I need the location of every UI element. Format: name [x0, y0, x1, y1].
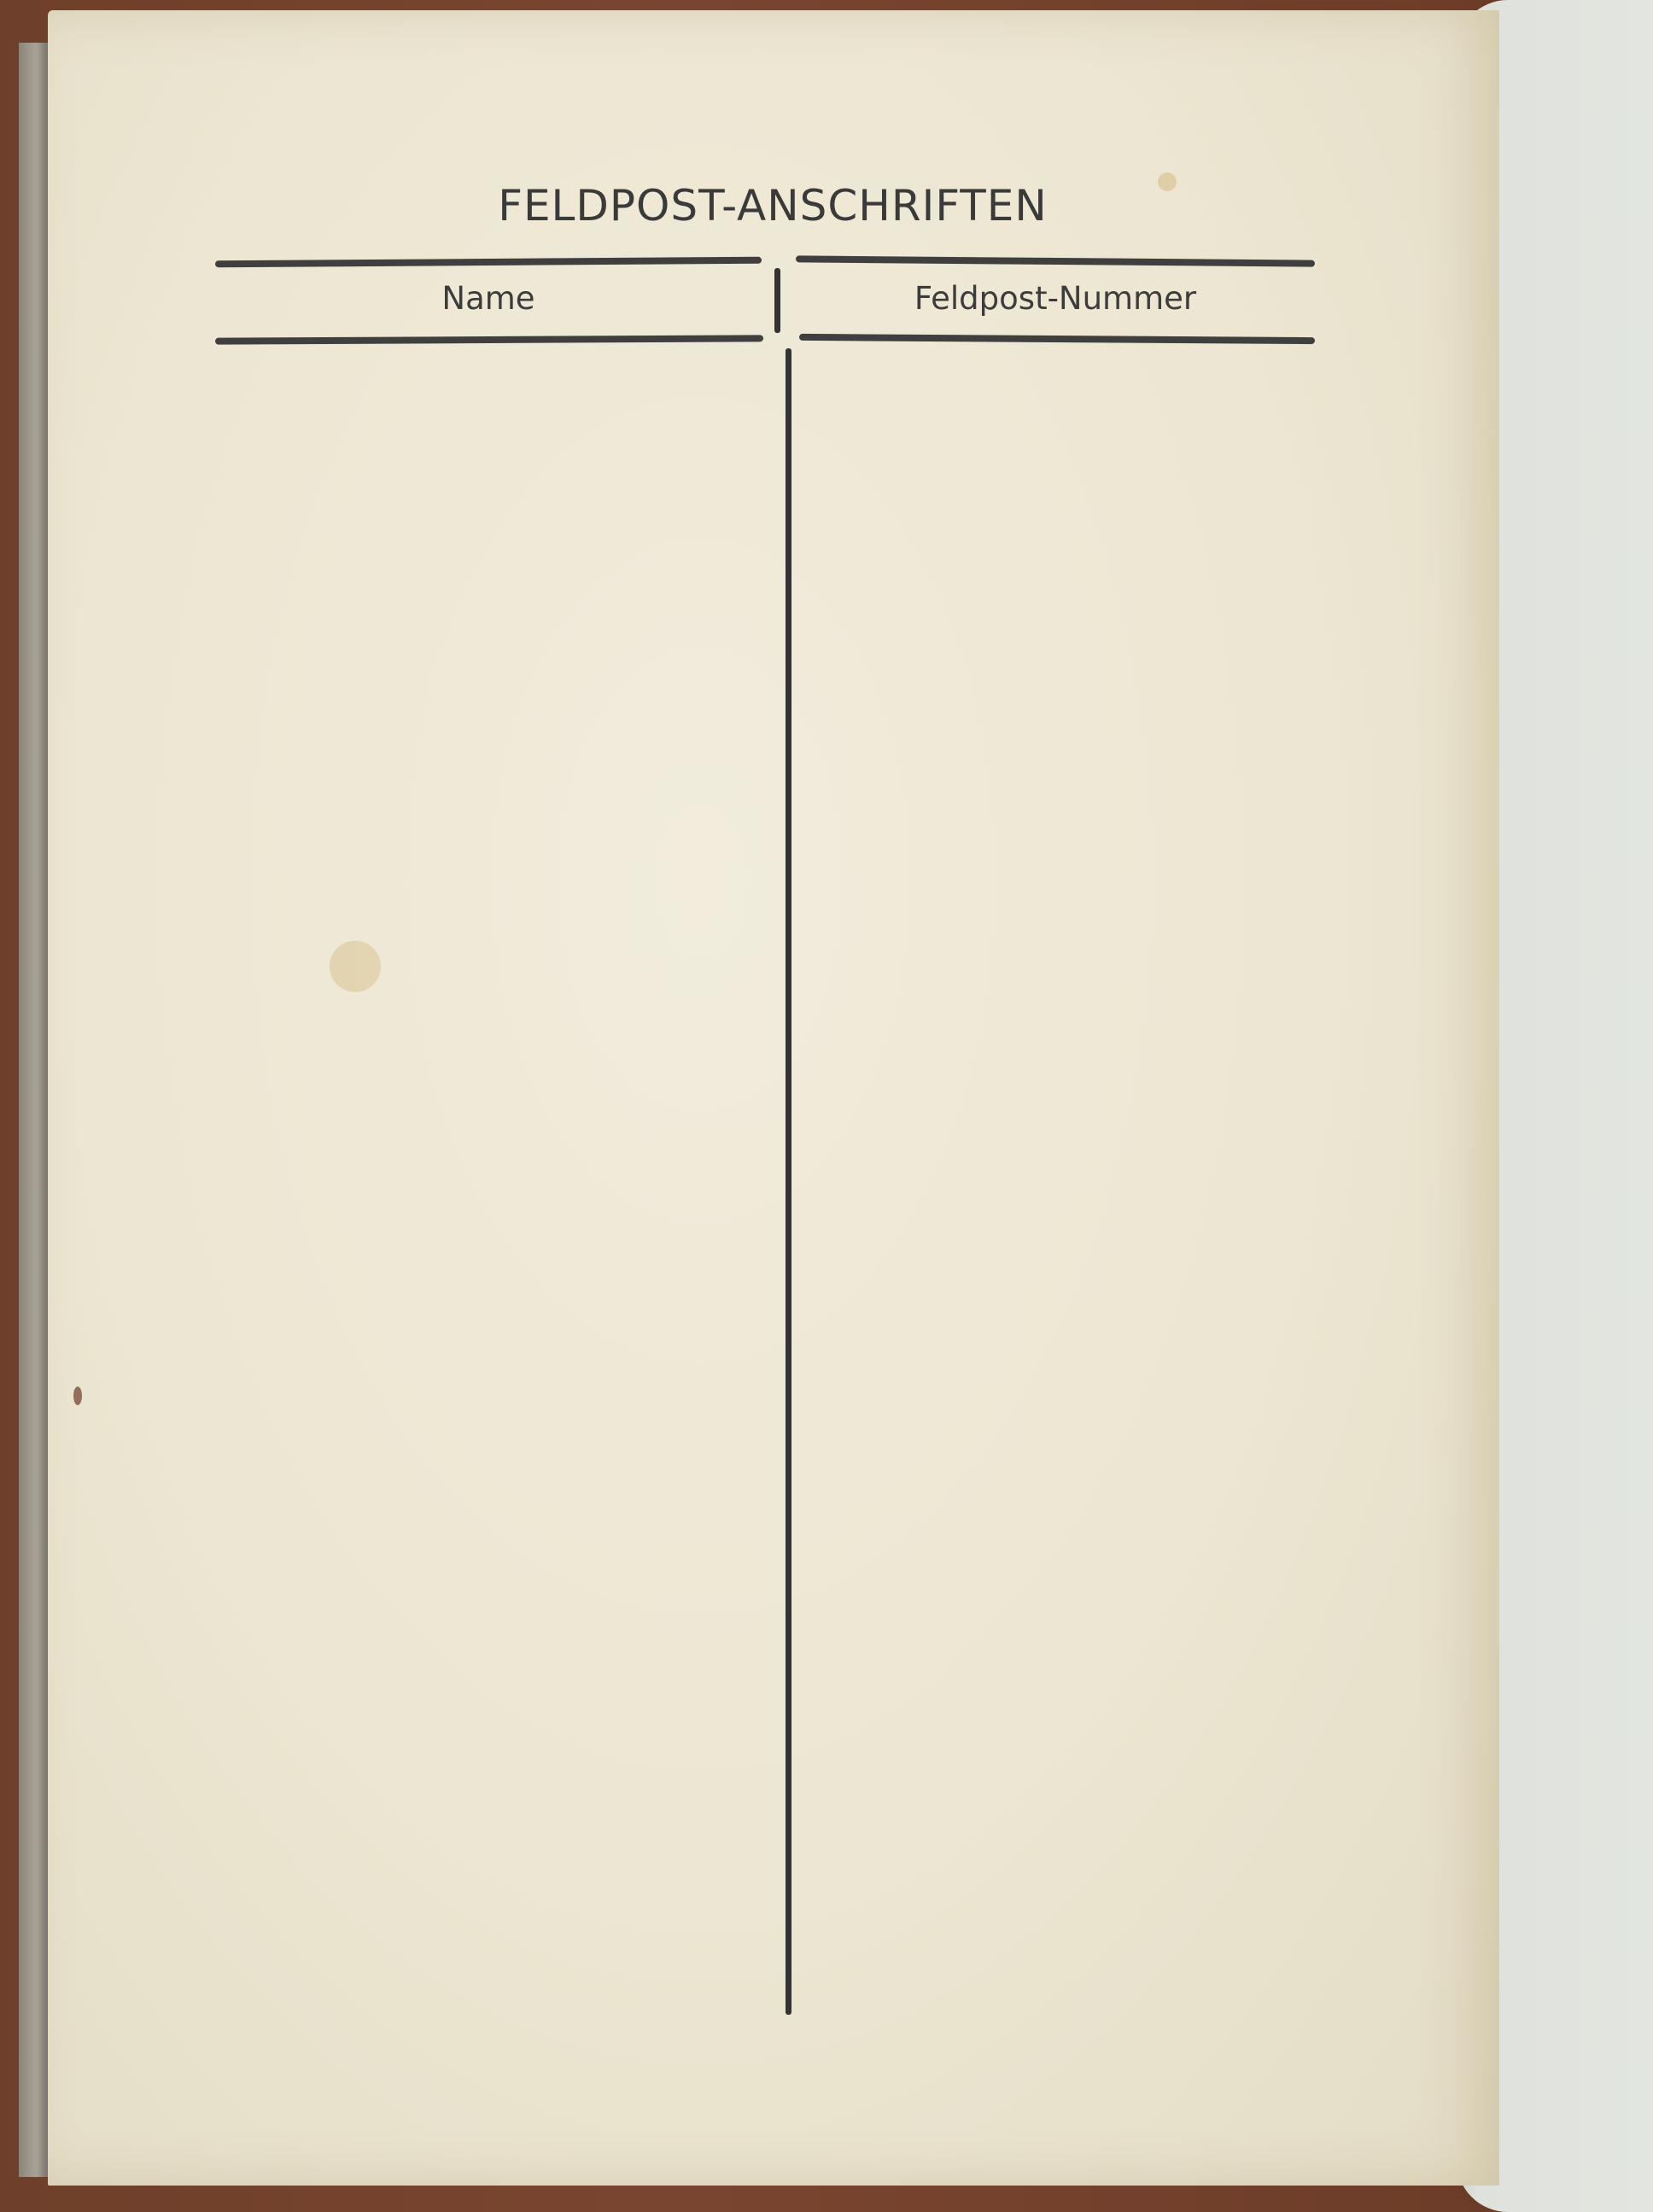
- column-header-feldpost-nummer: Feldpost-Nummer: [796, 280, 1315, 317]
- foxing-stain: [73, 1386, 82, 1405]
- book-spine-edge: [19, 43, 48, 2177]
- column-header-name: Name: [215, 280, 762, 317]
- header-column-divider: [774, 268, 780, 333]
- foxing-stain: [330, 941, 381, 992]
- table-column-divider: [786, 348, 791, 2015]
- page-title: FELDPOST-ANSCHRIFTEN: [0, 181, 1545, 231]
